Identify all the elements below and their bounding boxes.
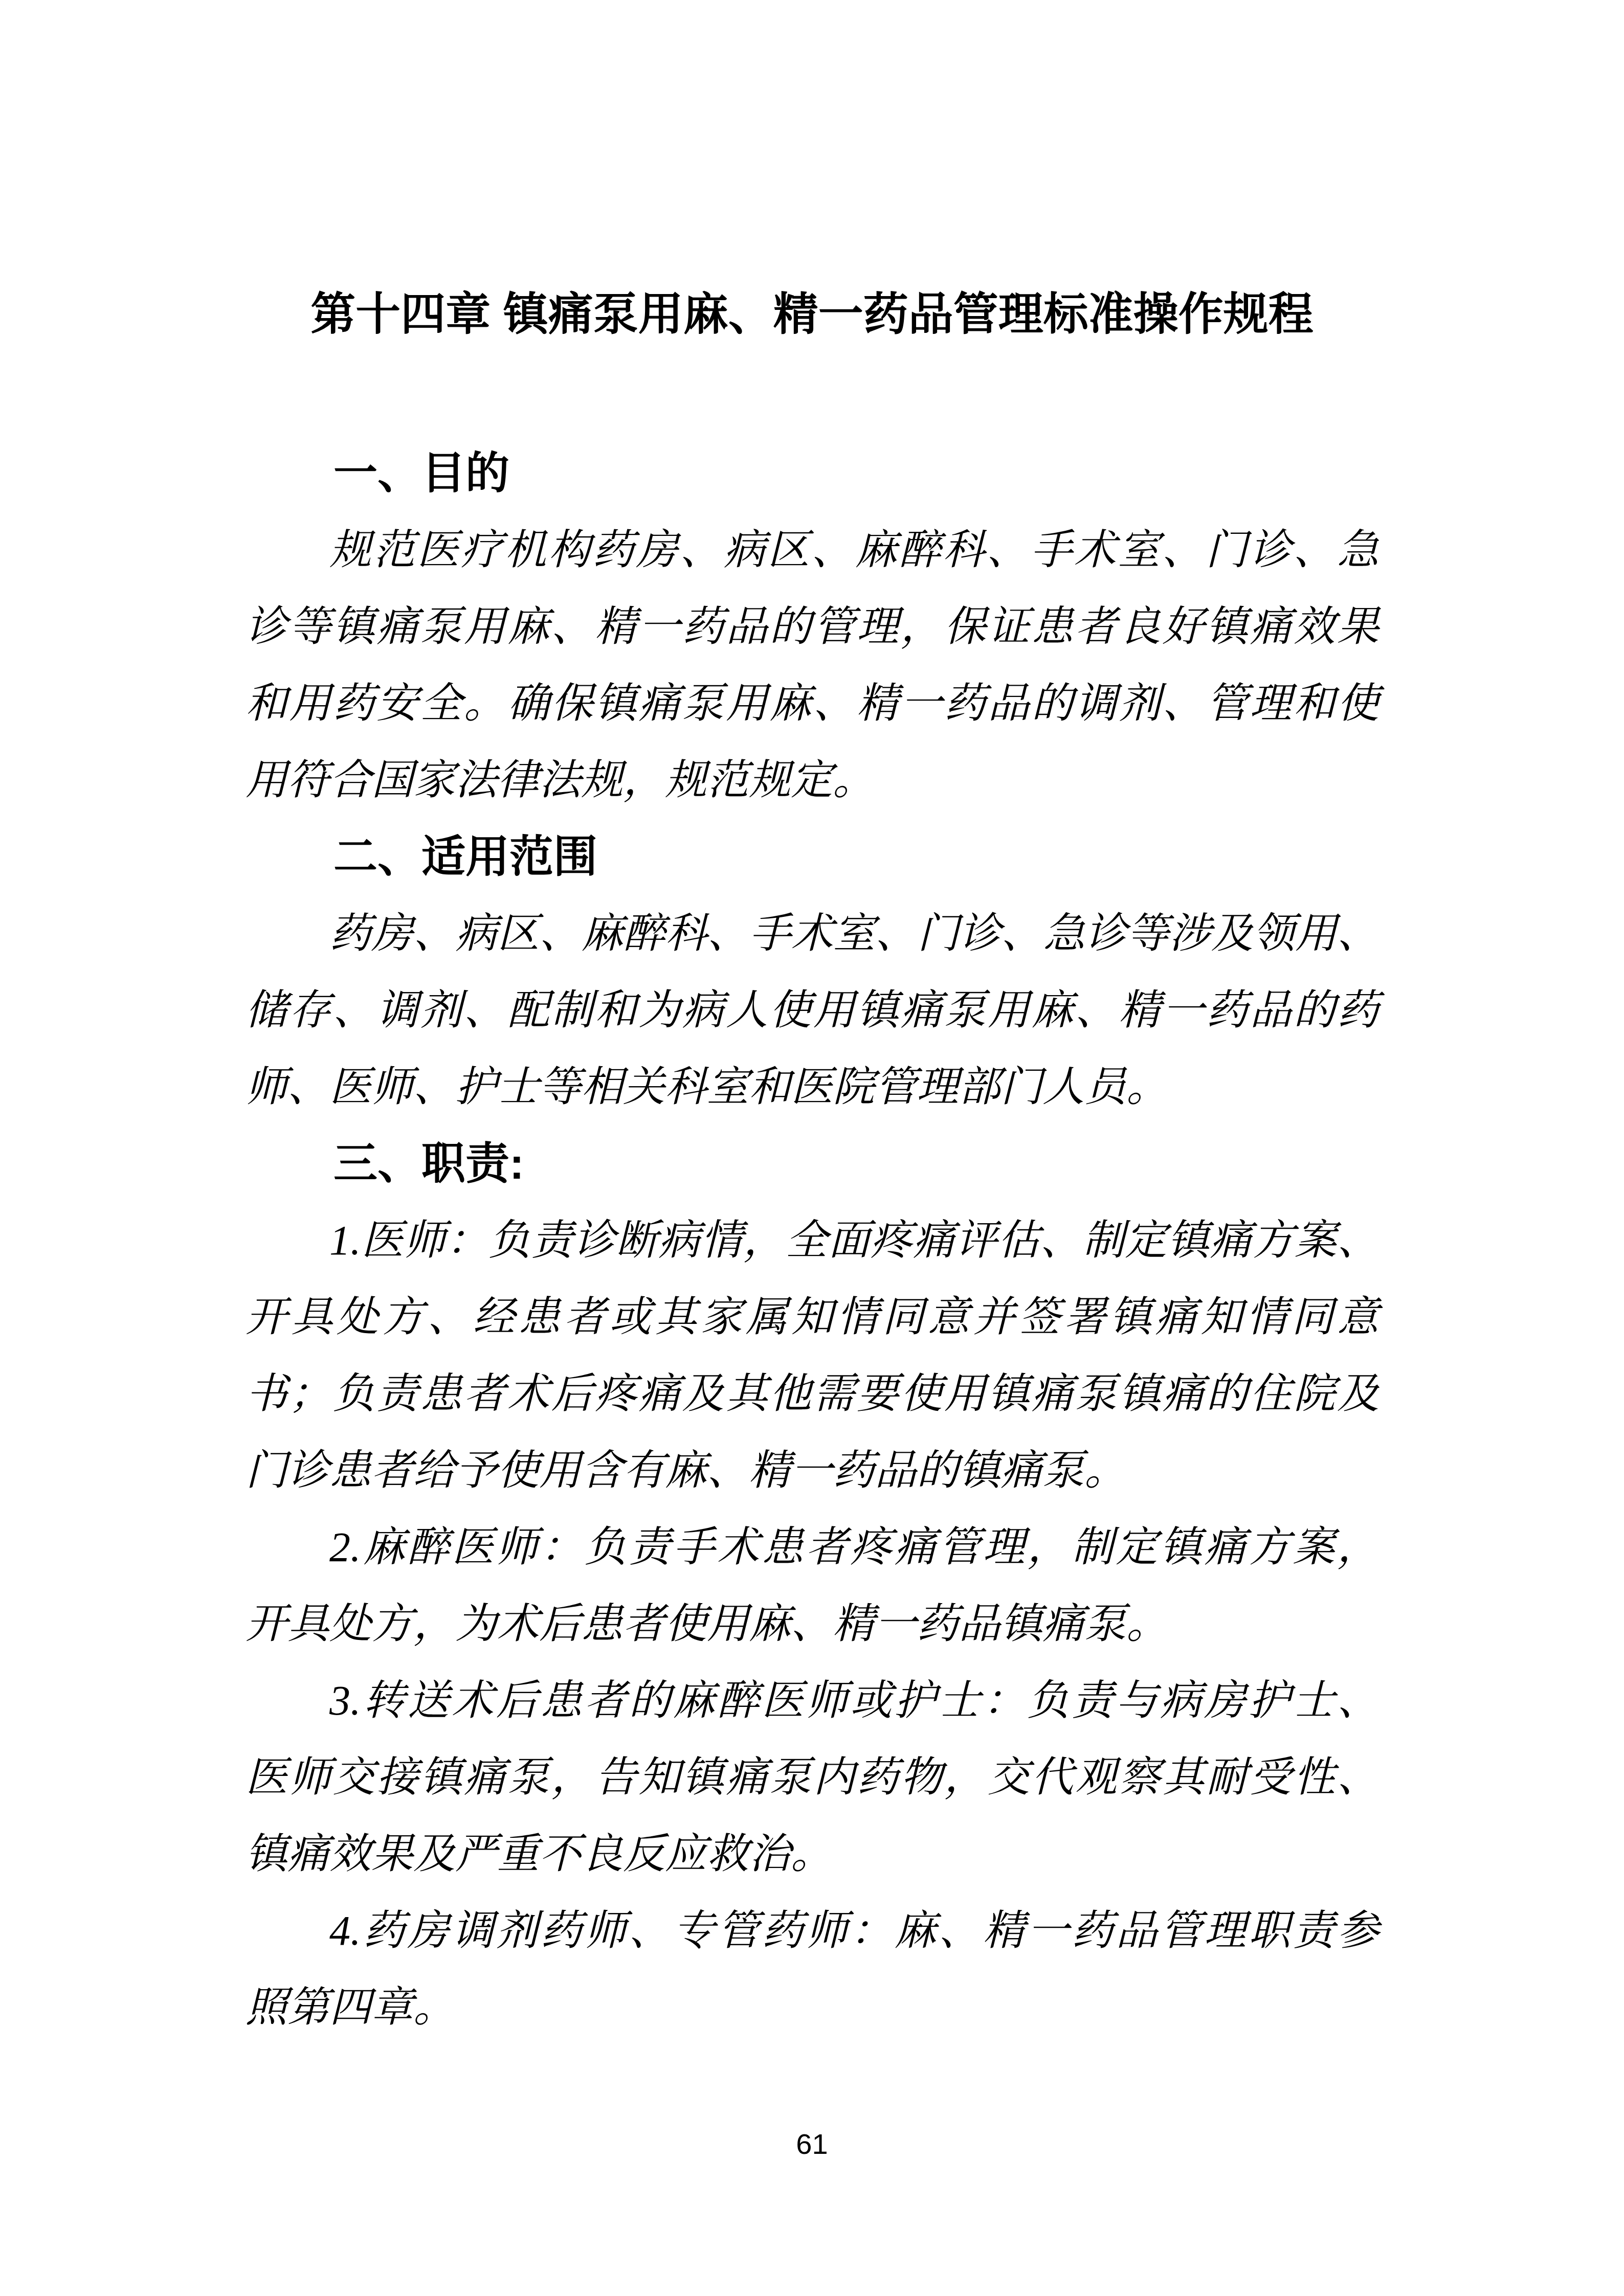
text-line: 开具处方、经患者或其家属知情同意并签署镇痛知情同意	[246, 1279, 1379, 1356]
section-heading-scope: 二、适用范围	[246, 819, 1379, 895]
text-line: 照第四章。	[246, 1969, 1379, 2046]
page-number: 61	[0, 2128, 1624, 2160]
document-body: 一、目的 规范医疗机构药房、病区、麻醉科、手术室、门诊、急 诊等镇痛泵用麻、精一…	[246, 435, 1379, 2046]
section-heading-duties: 三、职责:	[246, 1126, 1379, 1202]
text-line: 诊等镇痛泵用麻、精一药品的管理，保证患者良好镇痛效果	[246, 589, 1379, 665]
text-line: 书；负责患者术后疼痛及其他需要使用镇痛泵镇痛的住院及	[246, 1356, 1379, 1432]
text-line: 规范医疗机构药房、病区、麻醉科、手术室、门诊、急	[246, 512, 1379, 589]
text-line: 开具处方，为术后患者使用麻、精一药品镇痛泵。	[246, 1586, 1379, 1662]
text-line: 用符合国家法律法规，规范规定。	[246, 742, 1379, 819]
text-line: 1.医师：负责诊断病情，全面疼痛评估、制定镇痛方案、	[246, 1202, 1379, 1279]
text-line: 3.转送术后患者的麻醉医师或护士：负责与病房护士、	[246, 1662, 1379, 1739]
text-line: 4.药房调剂药师、专管药师：麻、精一药品管理职责参	[246, 1893, 1379, 1969]
text-line: 和用药安全。确保镇痛泵用麻、精一药品的调剂、管理和使	[246, 665, 1379, 742]
document-page: 第十四章 镇痛泵用麻、精一药品管理标准操作规程 一、目的 规范医疗机构药房、病区…	[0, 0, 1624, 2296]
text-line: 门诊患者给予使用含有麻、精一药品的镇痛泵。	[246, 1432, 1379, 1509]
text-line: 镇痛效果及严重不良反应救治。	[246, 1816, 1379, 1893]
text-line: 储存、调剂、配制和为病人使用镇痛泵用麻、精一药品的药	[246, 972, 1379, 1049]
page-title: 第十四章 镇痛泵用麻、精一药品管理标准操作规程	[0, 289, 1624, 339]
text-line: 2.麻醉医师：负责手术患者疼痛管理，制定镇痛方案，	[246, 1509, 1379, 1586]
text-line: 师、医师、护士等相关科室和医院管理部门人员。	[246, 1049, 1379, 1126]
text-line: 药房、病区、麻醉科、手术室、门诊、急诊等涉及领用、	[246, 895, 1379, 972]
text-line: 医师交接镇痛泵，告知镇痛泵内药物，交代观察其耐受性、	[246, 1739, 1379, 1816]
section-heading-purpose: 一、目的	[246, 435, 1379, 512]
